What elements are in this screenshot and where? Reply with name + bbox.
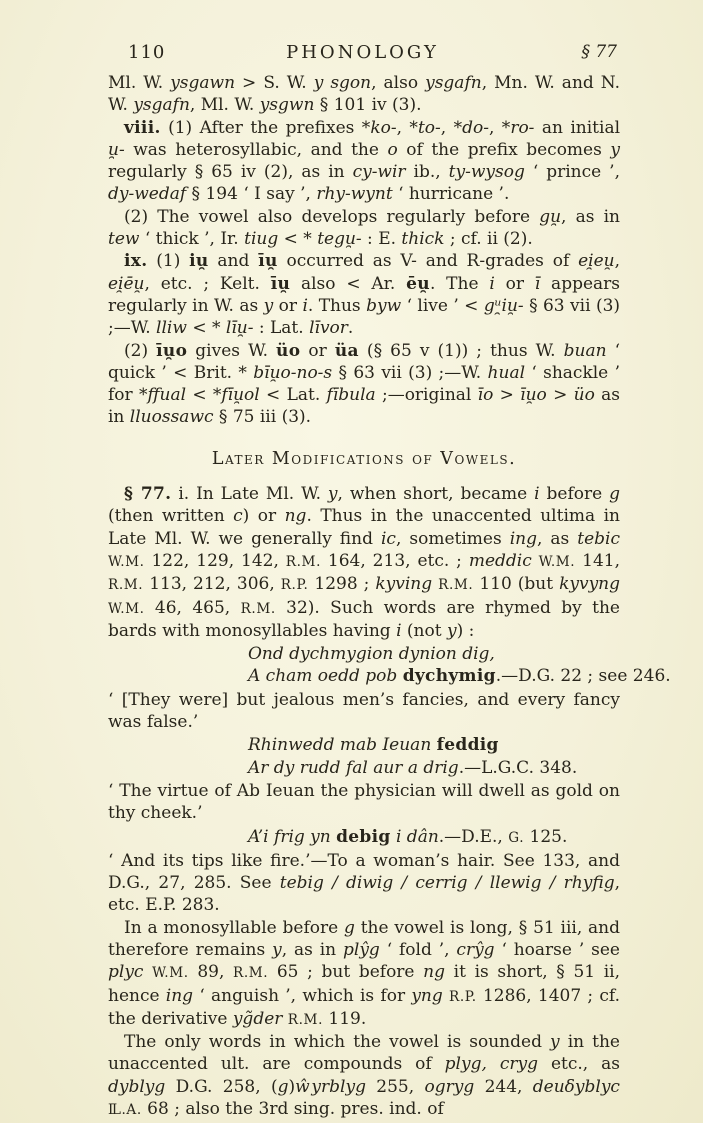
text-run: > S. W. [235, 73, 314, 93]
text-run: . The [430, 274, 489, 294]
text-run: ei̯ēu̯ [108, 274, 145, 294]
text-run: ffual [147, 385, 186, 405]
text-run: kyving [375, 574, 432, 594]
text-run: < * [186, 385, 221, 405]
text-run: feddig [437, 735, 499, 755]
text-run: y [328, 484, 338, 504]
text-run: , as in [561, 207, 620, 227]
text-run: A’i frig yn [248, 827, 336, 847]
book-page: 110 PHONOLOGY § 77 Ml. W. ysgawn > S. W.… [0, 0, 703, 1123]
text-run: o [387, 140, 397, 160]
text-run: < * [187, 318, 226, 338]
text-run: ‘ thick ’, Ir. [139, 229, 244, 249]
translation-2: ‘ The virtue of Ab Ieuan the physician w… [108, 780, 620, 825]
text-run: (then written [108, 506, 233, 526]
text-run: tebig / diwig / cerrig / llewig / rhyfig [280, 873, 615, 893]
text-run: ) : [457, 621, 475, 641]
verse-quotation-3: A’i frig yn debig i dân.—D.E., G. 125. [248, 826, 620, 849]
text-run: 46, 465, [145, 598, 241, 618]
text-run: īo [478, 385, 494, 405]
page-body: Ml. W. ysgawn > S. W. y sgon, also ysgaf… [108, 72, 620, 1121]
text-run: < Lat. [260, 385, 327, 405]
text-run: do- [462, 118, 489, 138]
text-run: plŷg [343, 940, 380, 960]
text-run: līu̯- [226, 318, 254, 338]
text-run: kyvyng [559, 574, 620, 594]
text-run: g [609, 484, 620, 504]
verse-line: Rhinwedd mab Ieuan feddig [248, 734, 620, 756]
text-run: ro- [510, 118, 534, 138]
text-run: W.M. [152, 965, 189, 981]
text-run: or [273, 296, 302, 316]
text-run: tegu̯- [317, 229, 361, 249]
text-run: iu̯ [189, 251, 208, 271]
text-run: W.M. [539, 554, 576, 570]
text-run: Later Modifications of Vowels. [212, 449, 516, 469]
text-run: ‘ live ’ < [401, 296, 484, 316]
verse-line: A’i frig yn debig i dân.—D.E., G. 125. [248, 826, 620, 849]
verse-quotation-2: Rhinwedd mab Ieuan feddigAr dy rudd fal … [248, 734, 620, 779]
text-run: R.P. [449, 989, 477, 1005]
text-run: , sometimes [396, 529, 510, 549]
text-run: .—D.E., [439, 827, 508, 847]
text-run: or [495, 274, 535, 294]
text-run: tebic [577, 529, 620, 549]
text-run: ing [510, 529, 537, 549]
text-run: meddic [469, 551, 532, 571]
text-run: , * [397, 118, 418, 138]
text-run: W.M. [108, 601, 145, 617]
text-run: gives W. [187, 341, 276, 361]
text-run: (not [402, 621, 447, 641]
text-run: tew [108, 229, 139, 249]
paragraph-ix-2: (2) īu̯o gives W. üo or üa (§ 65 v (1)) … [108, 340, 620, 429]
text-run: R.P. [281, 577, 309, 593]
text-run: buan [564, 341, 607, 361]
text-run: of the prefix becomes [398, 140, 611, 160]
page-header: 110 PHONOLOGY § 77 [108, 42, 617, 66]
text-run: ng [423, 962, 445, 982]
text-run: ŵyrblyg [295, 1077, 366, 1097]
text-run: g [278, 1077, 289, 1097]
text-run: i. In Late Ml. W. [171, 484, 328, 504]
text-run: īu̯ [258, 251, 277, 271]
text-run: A cham oedd pob [248, 666, 403, 686]
text-run: plyc [108, 962, 143, 982]
text-run [532, 551, 539, 571]
text-run: § 194 ‘ I say ’, [186, 184, 316, 204]
text-run: .—D.G. 22 ; see 246. [496, 666, 671, 686]
text-run: viii. [124, 118, 161, 138]
text-run: R.M. [233, 965, 268, 981]
text-run: ix. [124, 251, 147, 271]
section-mark: § 77 [581, 42, 617, 62]
text-run: § 101 iv (3). [314, 95, 421, 115]
text-run: c [233, 506, 243, 526]
text-run: > [493, 385, 520, 405]
running-head: PHONOLOGY [108, 42, 617, 63]
text-run: hual [488, 363, 525, 383]
text-run: 89, [189, 962, 233, 982]
text-run: was heterosyllabic, and the [125, 140, 388, 160]
text-run [143, 962, 152, 982]
text-run: īu̯o [156, 341, 187, 361]
text-run: 110 (but [473, 574, 559, 594]
text-run: ei̯eu̯ [578, 251, 615, 271]
text-run: cy-wir [353, 162, 406, 182]
text-run: ysgafn [425, 73, 482, 93]
text-run: In a monosyllable before [124, 918, 344, 938]
text-run: .—L.G.C. 348. [459, 758, 578, 778]
text-run: : E. [362, 229, 402, 249]
text-run: üo [276, 341, 300, 361]
text-run: The only words in which the vowel is sou… [124, 1032, 550, 1052]
text-run: § 75 iii (3). [214, 407, 312, 427]
text-run: Ỻ.A. [108, 1102, 142, 1118]
text-run: (2) The vowel also develops regularly be… [124, 207, 539, 227]
text-run: lliw [156, 318, 187, 338]
paragraph-viii-2: (2) The vowel also develops regularly be… [108, 206, 620, 251]
text-run: y [550, 1032, 560, 1052]
text-run: an initial [534, 118, 620, 138]
text-run: thick [401, 229, 444, 249]
text-run: 65 ; but before [268, 962, 423, 982]
verse-quotation-1: Ond dychmygion dynion dig,A cham oedd po… [248, 643, 620, 688]
text-run: , also [371, 73, 425, 93]
paragraph-continuation: Ml. W. ysgawn > S. W. y sgon, also ysgaf… [108, 72, 620, 117]
paragraph-viii: viii. (1) After the prefixes *ko-, *to-,… [108, 117, 620, 206]
text-run: byw [366, 296, 401, 316]
paragraph-ix: ix. (1) iu̯ and īu̯ occurred as V- and R… [108, 250, 620, 339]
text-run: R.M. [438, 577, 473, 593]
text-run: (§ 65 v (1)) ; thus W. [359, 341, 564, 361]
text-run: G. [508, 830, 524, 846]
text-run: ogryg [425, 1077, 475, 1097]
text-run: ‘ prince ’, [525, 162, 620, 182]
text-run: ‘ fold ’, [380, 940, 457, 960]
text-run: 119. [323, 1009, 366, 1029]
text-run: or [300, 341, 335, 361]
text-run: Ml. W. [108, 73, 170, 93]
text-run: fīu̯ol [221, 385, 259, 405]
text-run: , * [441, 118, 462, 138]
text-run: lluossawc [130, 407, 214, 427]
text-run: üa [335, 341, 359, 361]
text-run: W.M. [108, 554, 145, 570]
text-run: (1) After the prefixes * [161, 118, 371, 138]
text-run: ; cf. ii (2). [444, 229, 532, 249]
text-run: < * [278, 229, 317, 249]
text-run: 141, [575, 551, 620, 571]
text-run: R.M. [241, 601, 276, 617]
text-run: ko- [370, 118, 396, 138]
text-run: ‘ [They were] but jealous men’s fancies,… [108, 690, 620, 732]
text-run: ‘ hurricane ’. [393, 184, 510, 204]
text-run: y [610, 140, 620, 160]
section-heading: Later Modifications of Vowels. [108, 448, 620, 470]
text-run: y [264, 296, 274, 316]
text-run: ysgawn [170, 73, 235, 93]
text-run: to- [418, 118, 441, 138]
text-run: fībula [327, 385, 376, 405]
text-run: 1298 ; [308, 574, 375, 594]
text-run: crŷg [456, 940, 494, 960]
text-run: ‘ hoarse ’ see [495, 940, 620, 960]
text-run: : Lat. [253, 318, 309, 338]
text-run: 244, [474, 1077, 533, 1097]
text-run: ‘ The virtue of Ab Ieuan the physician w… [108, 781, 620, 823]
paragraph-only-words: The only words in which the vowel is sou… [108, 1031, 620, 1121]
text-run: , when short, became [338, 484, 535, 504]
text-run: dyblyg [108, 1077, 165, 1097]
text-run: etc., as [538, 1054, 620, 1074]
text-run: īu̯o [520, 385, 547, 405]
text-run: ty-wysog [449, 162, 525, 182]
text-run: ēu̯ [406, 274, 430, 294]
text-run: gᵘ̯iu̯- [484, 296, 524, 316]
text-run: before [540, 484, 610, 504]
text-run: ysgafn [133, 95, 190, 115]
text-run: ysgwn [260, 95, 315, 115]
text-run: rhy-wynt [316, 184, 392, 204]
text-run: occurred as V- and R-grades of [278, 251, 578, 271]
text-run: ic [381, 529, 396, 549]
text-run: R.M. [288, 1012, 323, 1028]
text-run: ) or [243, 506, 285, 526]
text-run: . [348, 318, 353, 338]
translation-1: ‘ [They were] but jealous men’s fancies,… [108, 689, 620, 734]
text-run: regularly § 65 iv (2), as in [108, 162, 353, 182]
text-run: , [615, 251, 620, 271]
text-run: i dân [396, 827, 439, 847]
text-run: also < Ar. [290, 274, 406, 294]
text-run: debig [336, 827, 390, 847]
text-run: § 63 vii (3) ;—W. [332, 363, 487, 383]
text-run: yng [411, 986, 442, 1006]
text-run: g [344, 918, 355, 938]
text-run: 68 ; also the 3rd sing. pres. ind. of [142, 1099, 444, 1119]
verse-line: Ond dychmygion dynion dig, [248, 643, 620, 665]
text-run: yg̃der [233, 1009, 283, 1029]
text-run: and [209, 251, 259, 271]
text-run: (2) [124, 341, 156, 361]
text-run: y sgon [314, 73, 371, 93]
text-run: tiug [244, 229, 278, 249]
text-run: R.M. [286, 554, 321, 570]
text-run: ib., [406, 162, 449, 182]
text-run: , Ml. W. [190, 95, 260, 115]
text-run: R.M. [108, 577, 143, 593]
text-run: 122, 129, 142, [145, 551, 286, 571]
text-run: ;—original [376, 385, 478, 405]
text-run: u̯- [108, 140, 125, 160]
paragraph-monosyllable: In a monosyllable before g the vowel is … [108, 917, 620, 1031]
text-run: deuδyblyc [533, 1077, 620, 1097]
text-run: (1) [147, 251, 189, 271]
text-run: Rhinwedd mab Ieuan [248, 735, 437, 755]
text-run: dy-wedaf [108, 184, 186, 204]
text-run: 255, [366, 1077, 425, 1097]
text-run: gu̯ [539, 207, 561, 227]
text-run: ‘ anguish ’, which is for [193, 986, 411, 1006]
text-run: Ar dy rudd fal aur a drig [248, 758, 459, 778]
text-run: § 77. [124, 484, 171, 504]
text-run: y [272, 940, 282, 960]
translation-3: ‘ And its tips like fire.’—To a woman’s … [108, 850, 620, 917]
text-run: , * [489, 118, 510, 138]
text-run: 113, 212, 306, [143, 574, 281, 594]
text-run: dychymig [403, 666, 496, 686]
text-run: . Thus [308, 296, 366, 316]
text-run: , as [537, 529, 577, 549]
text-run: üo [574, 385, 595, 405]
text-run: īu̯ [271, 274, 290, 294]
verse-line: Ar dy rudd fal aur a drig.—L.G.C. 348. [248, 757, 620, 779]
text-run: D.G. 258, ( [165, 1077, 277, 1097]
text-run: > [547, 385, 574, 405]
text-run: 164, 213, etc. ; [321, 551, 469, 571]
text-run: , as in [282, 940, 343, 960]
paragraph-77-i: § 77. i. In Late Ml. W. y, when short, b… [108, 483, 620, 642]
text-run: ing [166, 986, 193, 1006]
text-run: Ond dychmygion dynion dig, [248, 644, 495, 664]
text-run: y [447, 621, 457, 641]
text-run: plyg, cryg [445, 1054, 538, 1074]
text-run: 125. [524, 827, 567, 847]
text-run: , etc. ; Kelt. [145, 274, 271, 294]
verse-line: A cham oedd pob dychymig.—D.G. 22 ; see … [248, 665, 620, 687]
text-run: līvor [309, 318, 348, 338]
text-run: ng [285, 506, 307, 526]
text-run: bīu̯o-no-s [253, 363, 332, 383]
